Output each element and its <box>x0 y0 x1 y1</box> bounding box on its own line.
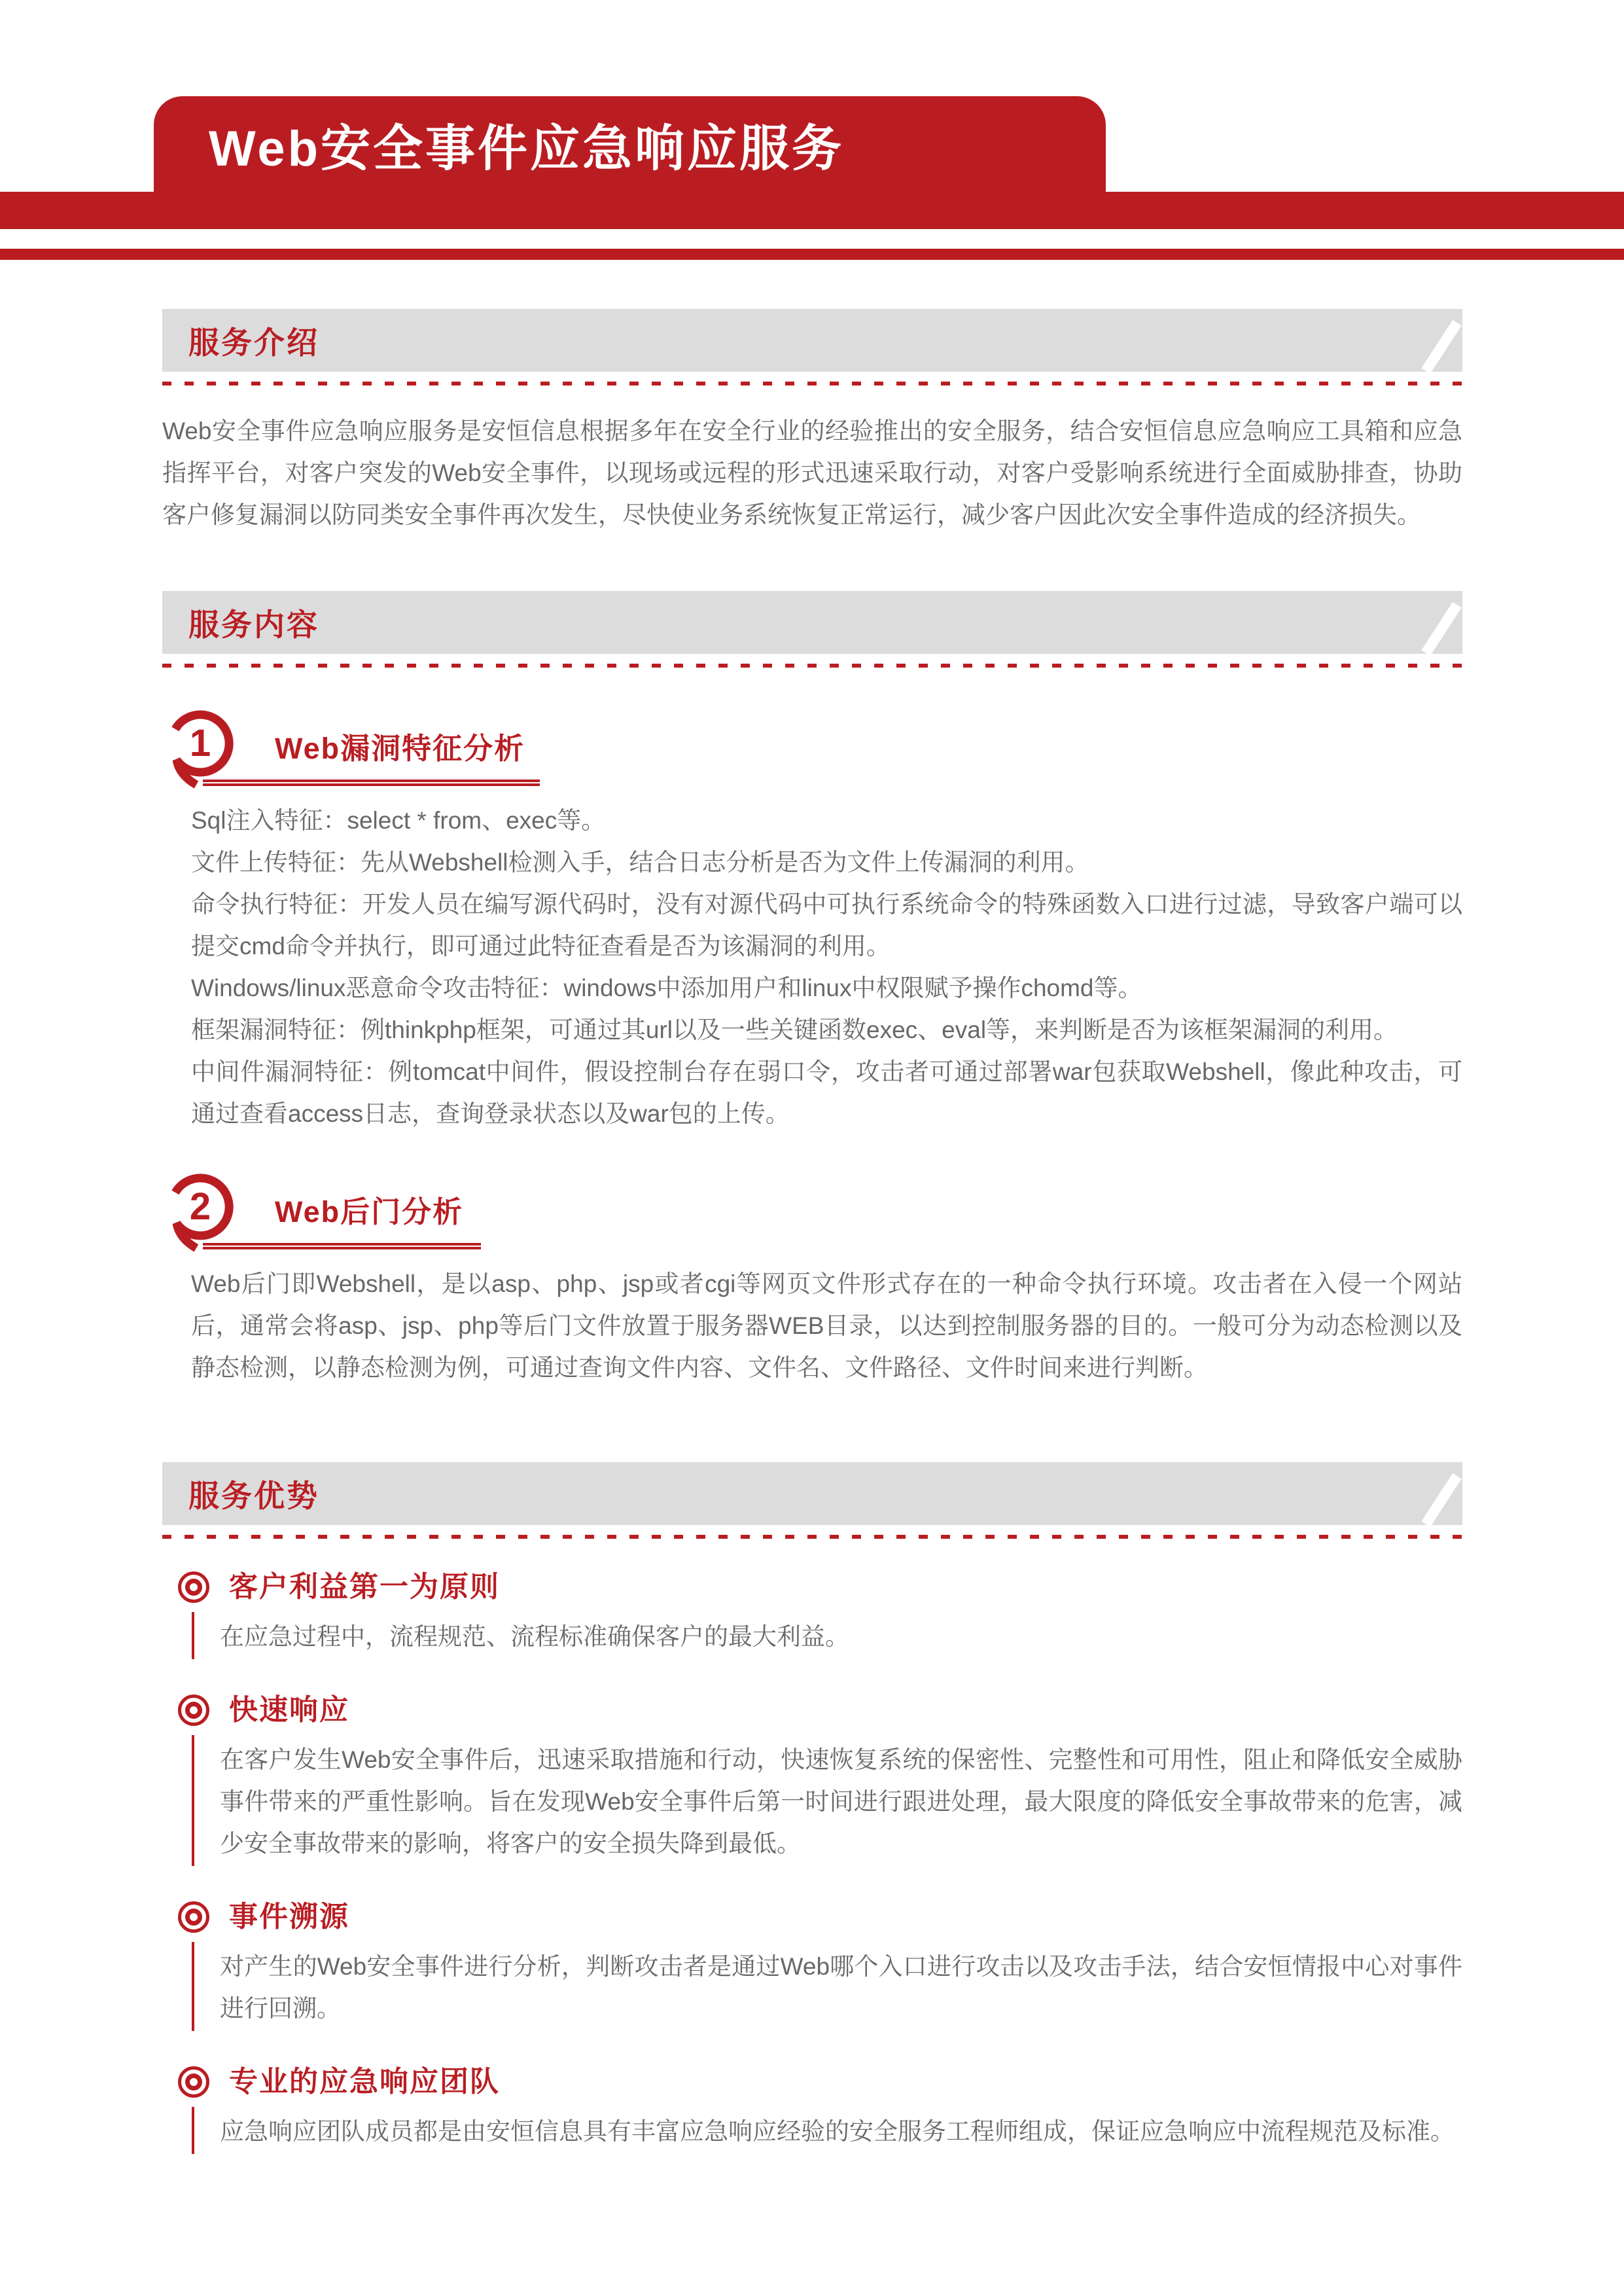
connector-line <box>192 1942 194 2031</box>
section-intro: 服务介绍 Web安全事件应急响应服务是安恒信息根据多年在安全行业的经验推出的安全… <box>162 309 1462 536</box>
advantage-title: 专业的应急响应团队 <box>229 2065 1462 2099</box>
title-underline <box>203 780 540 786</box>
advantage-title: 快速响应 <box>229 1693 1462 1727</box>
service-head: 1 Web漏洞特征分析 <box>162 703 1462 789</box>
section-title-content: 服务内容 <box>188 601 319 645</box>
service-item-web-vuln-analysis: 1 Web漏洞特征分析 Sql注入特征：select * from、exec等。… <box>162 703 1462 1135</box>
service-title: Web后门分析 <box>275 1188 463 1230</box>
feature-line: Sql注入特征：select * from、exec等。 <box>191 800 1462 842</box>
dashed-divider <box>162 382 1462 386</box>
page-title: Web安全事件应急响应服务 <box>209 109 844 180</box>
advantage-body: 在客户发生Web安全事件后，迅速采取措施和行动，快速恢复系统的保密性、完整性和可… <box>220 1739 1462 1869</box>
section-content: 服务内容 1 Web漏洞特征分析 Sql注入特征：select * from、e… <box>162 591 1462 1389</box>
advantage-title: 客户利益第一为原则 <box>229 1570 1462 1604</box>
header-red-rule <box>0 249 1624 260</box>
feature-line: Windows/linux恶意命令攻击特征：windows中添加用户和linux… <box>191 967 1462 1009</box>
feature-line: 文件上传特征：先从Webshell检测入手，结合日志分析是否为文件上传漏洞的利用… <box>191 842 1462 884</box>
advantage-item-incident-tracing: 事件溯源 对产生的Web安全事件进行分析，判断攻击者是通过Web哪个入口进行攻击… <box>162 1900 1462 2034</box>
banner-slash-decoration <box>1421 1473 1461 1528</box>
service-number: 1 <box>162 713 238 774</box>
section-title-advantages: 服务优势 <box>188 1472 319 1516</box>
page-header: Web安全事件应急响应服务 <box>0 96 1624 260</box>
feature-line: Web后门即Webshell，是以asp、php、jsp或者cgi等网页文件形式… <box>191 1263 1462 1389</box>
service-head: 2 Web后门分析 <box>162 1166 1462 1253</box>
service-body: Web后门即Webshell，是以asp、php、jsp或者cgi等网页文件形式… <box>191 1263 1462 1389</box>
bullseye-icon <box>178 1901 209 1933</box>
dashed-divider <box>162 664 1462 668</box>
advantage-item-fast-response: 快速响应 在客户发生Web安全事件后，迅速采取措施和行动，快速恢复系统的保密性、… <box>162 1693 1462 1869</box>
banner-slash-decoration <box>1421 320 1461 374</box>
advantage-body: 对产生的Web安全事件进行分析，判断攻击者是通过Web哪个入口进行攻击以及攻击手… <box>220 1946 1462 2034</box>
service-item-web-backdoor-analysis: 2 Web后门分析 Web后门即Webshell，是以asp、php、jsp或者… <box>162 1166 1462 1389</box>
connector-line <box>192 2107 194 2154</box>
service-number: 2 <box>162 1177 238 1237</box>
page-body: 服务介绍 Web安全事件应急响应服务是安恒信息根据多年在安全行业的经验推出的安全… <box>0 309 1624 2157</box>
section-header-intro: 服务介绍 <box>162 309 1462 372</box>
service-body: Sql注入特征：select * from、exec等。 文件上传特征：先从We… <box>191 800 1462 1135</box>
section-header-advantages: 服务优势 <box>162 1462 1462 1525</box>
connector-line <box>192 1612 194 1659</box>
page-title-banner: Web安全事件应急响应服务 <box>154 96 1106 192</box>
dashed-divider <box>162 1535 1462 1539</box>
section-header-content: 服务内容 <box>162 591 1462 654</box>
bullseye-icon <box>178 2066 209 2098</box>
advantage-item-professional-team: 专业的应急响应团队 应急响应团队成员都是由安恒信息具有丰富应急响应经验的安全服务… <box>162 2065 1462 2157</box>
bullseye-icon <box>178 1695 209 1726</box>
title-underline <box>203 1243 481 1249</box>
advantage-item-customer-first: 客户利益第一为原则 在应急过程中，流程规范、流程标准确保客户的最大利益。 <box>162 1570 1462 1662</box>
section-advantages: 服务优势 客户利益第一为原则 在应急过程中，流程规范、流程标准确保客户的最大利益… <box>162 1462 1462 2157</box>
header-red-band <box>0 192 1624 229</box>
feature-line: 框架漏洞特征：例thinkphp框架，可通过其url以及一些关键函数exec、e… <box>191 1009 1462 1051</box>
feature-line: 命令执行特征：开发人员在编写源代码时，没有对源代码中可执行系统命令的特殊函数入口… <box>191 884 1462 967</box>
advantage-body: 在应急过程中，流程规范、流程标准确保客户的最大利益。 <box>220 1616 1462 1662</box>
connector-line <box>192 1735 194 1866</box>
advantage-title: 事件溯源 <box>229 1900 1462 1934</box>
banner-slash-decoration <box>1421 602 1461 656</box>
feature-line: 中间件漏洞特征：例tomcat中间件，假设控制台存在弱口令，攻击者可通过部署wa… <box>191 1051 1462 1135</box>
advantage-body: 应急响应团队成员都是由安恒信息具有丰富应急响应经验的安全服务工程师组成，保证应急… <box>220 2111 1462 2157</box>
section-title-intro: 服务介绍 <box>188 319 319 363</box>
service-title: Web漏洞特征分析 <box>275 725 525 767</box>
bullseye-icon <box>178 1571 209 1603</box>
intro-paragraph: Web安全事件应急响应服务是安恒信息根据多年在安全行业的经验推出的安全服务，结合… <box>162 410 1462 536</box>
